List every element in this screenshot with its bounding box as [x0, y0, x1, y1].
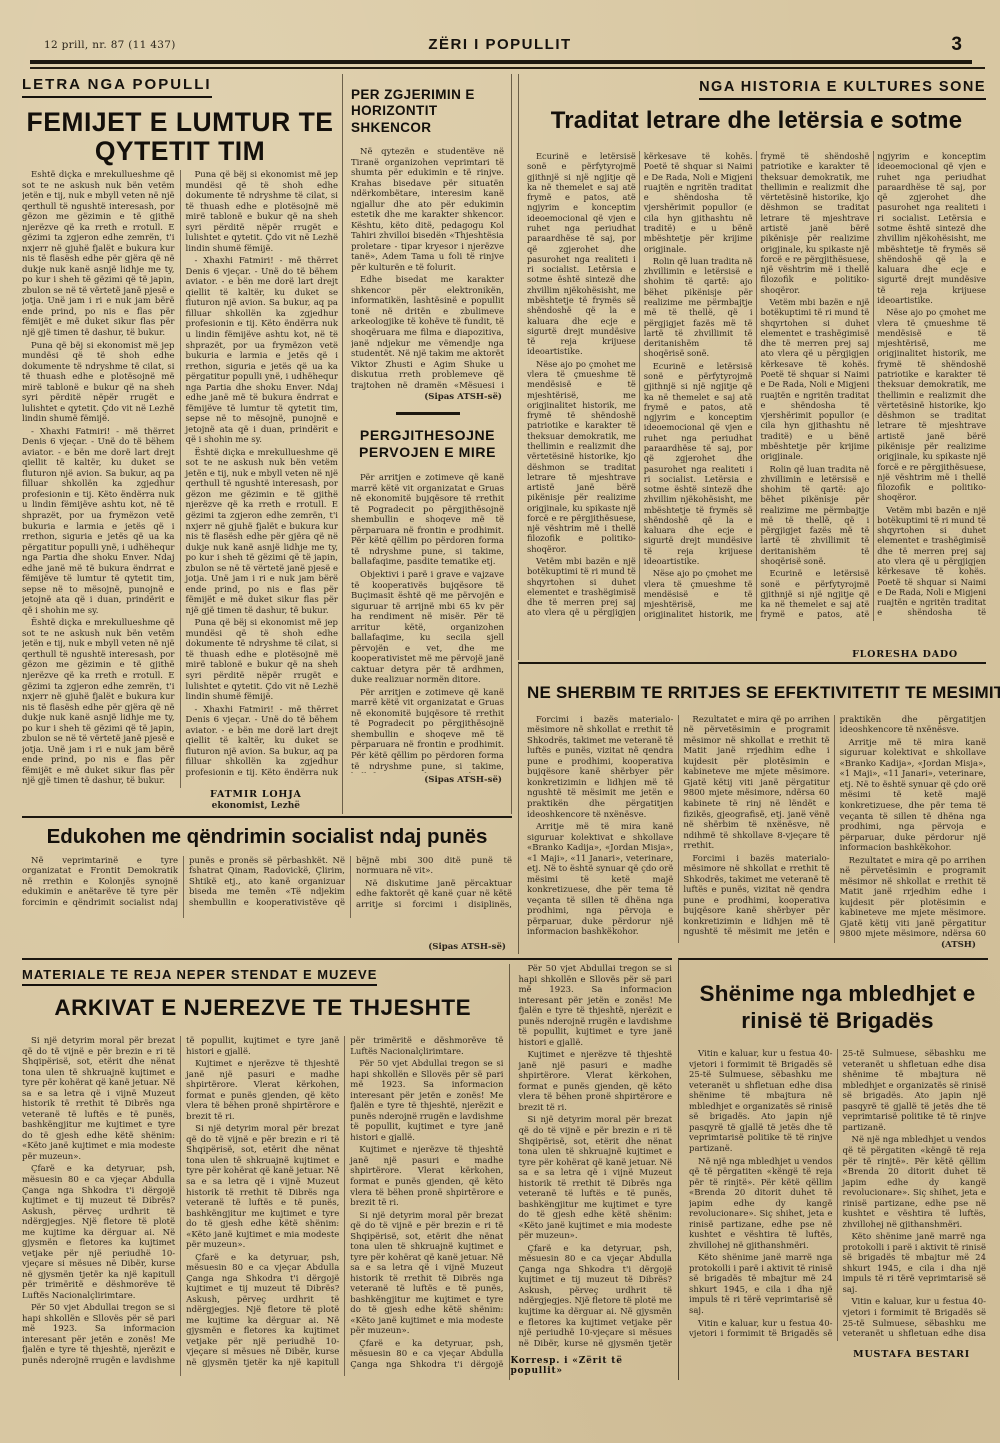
brief-body-science: Në qytezën e studentëve në Tiranë organi…: [351, 147, 504, 390]
column-divider: [396, 412, 460, 415]
masthead-rule-thin: [30, 67, 985, 69]
page-number: 3: [951, 34, 962, 56]
article-letters-from-people: LETRA NGA POPULLI FEMIJET E LUMTUR TE QY…: [22, 74, 338, 814]
article-author: FLORESHA DADO: [852, 649, 958, 660]
article-signature: FATMIR LOHJA ekonomist, Lezhë: [174, 789, 338, 812]
news-agency-credit-2: (Sipas ATSH-së): [351, 775, 504, 785]
article-body: Është diçka e mrekullueshme që sot te ne…: [22, 170, 338, 788]
signature-role: ekonomist, Lezhë: [174, 801, 338, 812]
article-socialist-attitude: Edukohen me qëndrimin socialist ndaj pun…: [22, 816, 512, 954]
kicker-row: NGA HISTORIA E KULTURES SONE: [527, 76, 986, 100]
article-headline: ARKIVAT E NJEREZVE TE THJESHTE: [22, 995, 503, 1021]
news-brief-column: PER ZGJERIMIN E HORIZONTIT SHKENCOR Në q…: [342, 74, 512, 814]
correspondent-signature: Korresp. i «Zërit të popullit»: [510, 1356, 672, 1376]
masthead-title: ZËRI I POPULLIT: [30, 36, 970, 53]
section-kicker: LETRA NGA POPULLI: [22, 76, 212, 98]
article-literary-traditions: NGA HISTORIA E KULTURES SONE Traditat le…: [518, 74, 986, 660]
article-body: Në veprimtarinë e tyre organizatat e Fro…: [22, 856, 512, 918]
section-kicker-museum-stands: MATERIALE TE REJA NEPER STENDAT E MUZEVE: [22, 967, 377, 986]
signature-name: FATMIR LOHJA: [174, 789, 338, 801]
archives-main-columns: MATERIALE TE REJA NEPER STENDAT E MUZEVE…: [22, 964, 503, 1380]
brief-headline-science: PER ZGJERIMIN E HORIZONTIT SHKENCOR: [351, 87, 504, 136]
article-headline: FEMIJET E LUMTUR TE QYTETIT TIM: [26, 108, 334, 166]
brief-headline-experience: PERGJITHESOJNE PERVOJEN E MIRE: [351, 427, 504, 462]
article-body-continued: Për 50 vjet Abdullai tregon se si hapi s…: [518, 964, 672, 1348]
article-archives-simple-people: MATERIALE TE REJA NEPER STENDAT E MUZEVE…: [22, 958, 672, 1380]
article-body: Ecurinë e letërsisë sonë e përfytyrojmë …: [527, 151, 986, 621]
article-headline: Edukohen me qëndrimin socialist ndaj pun…: [42, 825, 492, 849]
article-brigade-youth-notes: Shënime nga mbledhjet e rinisë të Brigad…: [678, 958, 988, 1380]
article-author: MUSTAFA BESTARI: [689, 1349, 986, 1360]
article-body: Forcimi i bazës materialo-mësimore në sh…: [527, 715, 986, 943]
archives-continuation-column: Për 50 vjet Abdullai tregon se si hapi s…: [509, 964, 672, 1380]
masthead-rule-thick: [30, 60, 972, 64]
section-kicker-culture-history: NGA HISTORIA E KULTURES SONE: [699, 79, 986, 100]
page-header: 12 prill, nr. 87 (11 437) ZËRI I POPULLI…: [30, 36, 970, 56]
article-headline: Shënime nga mbledhjet e rinisë të Brigad…: [689, 981, 986, 1034]
article-body: Vitin e kaluar, kur u festua 40-vjetori …: [689, 1049, 986, 1341]
newspaper-page: 12 prill, nr. 87 (11 437) ZËRI I POPULLI…: [0, 0, 1000, 1443]
article-headline: Traditat letrare dhe letërsia e sotme: [527, 107, 986, 135]
news-agency-credit: (ATSH): [941, 940, 976, 950]
news-agency-credit: (Sipas ATSH-së): [351, 392, 504, 402]
news-agency-credit: (Sipas ATSH-së): [428, 942, 506, 952]
brief-body-experience: Për arritjen e zotimeve që kanë marrë kë…: [351, 473, 504, 773]
article-body: Si një detyrim moral për brezat që do të…: [22, 1036, 503, 1376]
article-teaching-effectiveness: NE SHERBIM TE RRITJES SE EFEKTIVITETIT T…: [518, 662, 986, 954]
article-headline: NE SHERBIM TE RRITJES SE EFEKTIVITETIT T…: [527, 683, 986, 703]
